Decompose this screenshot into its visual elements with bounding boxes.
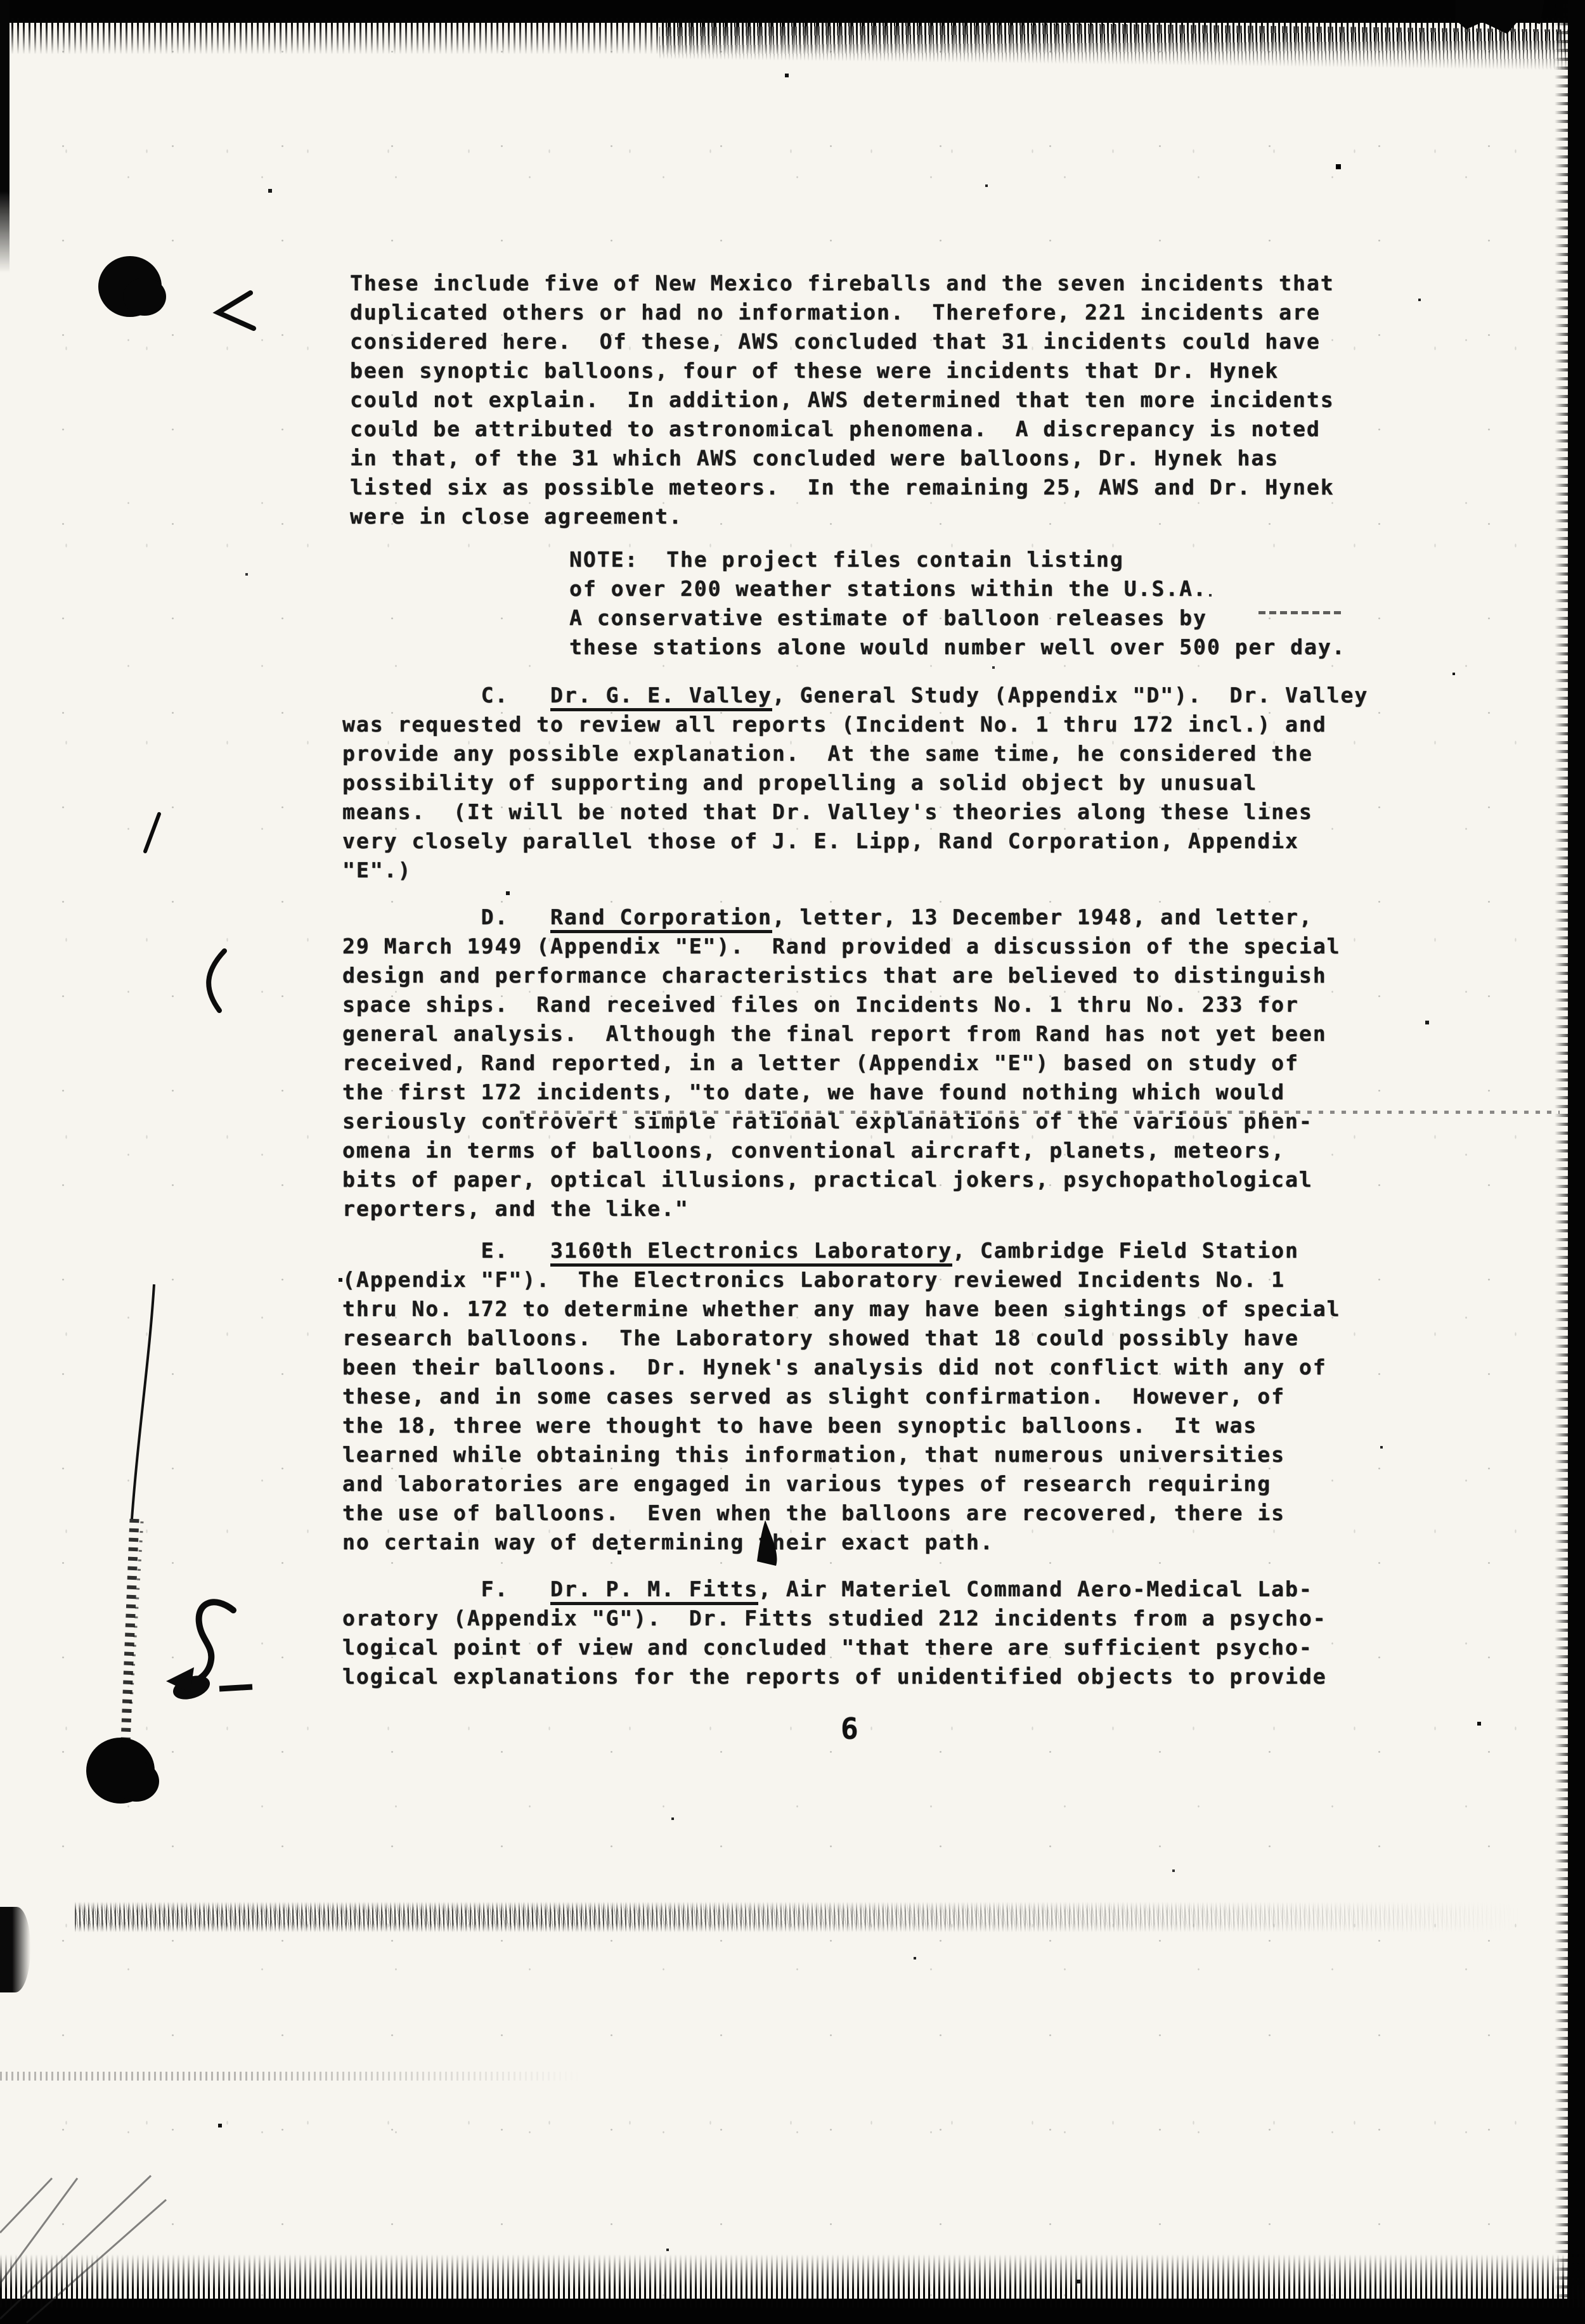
- handwritten-slash-mark: [145, 814, 159, 851]
- section-f-body: oratory (Appendix "G"). Dr. Fitts studie…: [342, 1604, 1327, 1691]
- section-f-heading: Dr. P. M. Fitts: [550, 1577, 758, 1605]
- text-line: possibility of supporting and propelling…: [342, 768, 1368, 797]
- section-c: C. Dr. G. E. Valley, General Study (Appe…: [342, 681, 1368, 885]
- text-line: could not explain. In addition, AWS dete…: [350, 385, 1335, 415]
- text-line: these, and in some cases served as sligh…: [342, 1382, 1340, 1411]
- ink-blob-upper-left-lobe: [123, 278, 166, 316]
- right-edge-ragged-streaks: [1555, 0, 1574, 2324]
- dotted-strike-smudge: [520, 1111, 1560, 1114]
- section-e-heading: 3160th Electronics Laboratory: [550, 1238, 952, 1267]
- section-f: F. Dr. P. M. Fitts, Air Materiel Command…: [342, 1575, 1327, 1691]
- text-line: was requested to review all reports (Inc…: [342, 710, 1368, 739]
- ink-blob-upper-left: [98, 256, 162, 317]
- text-line: were in close agreement.: [350, 502, 1335, 531]
- text-line: been synoptic balloons, four of these we…: [350, 356, 1335, 385]
- text-line: reporters, and the like.": [342, 1194, 1340, 1223]
- ink-blob-lower-left-lobe: [113, 1761, 159, 1802]
- section-c-letter: C.: [342, 683, 550, 707]
- section-e-body: (Appendix "F"). The Electronics Laborato…: [342, 1265, 1340, 1557]
- text-line: considered here. Of these, AWS concluded…: [350, 327, 1335, 356]
- section-c-heading-rest: , General Study (Appendix "D"). Dr. Vall…: [772, 683, 1368, 707]
- section-c-body: was requested to review all reports (Inc…: [342, 710, 1368, 885]
- section-f-letter: F.: [342, 1577, 550, 1601]
- scribble-blob: [170, 1672, 213, 1704]
- bottom-edge-ragged-streaks: [0, 2254, 1585, 2308]
- text-line: A conservative estimate of balloon relea…: [569, 604, 1346, 633]
- text-line: in that, of the 31 which AWS concluded w…: [350, 444, 1335, 473]
- section-c-first-line: C. Dr. G. E. Valley, General Study (Appe…: [342, 681, 1368, 710]
- section-d-first-line: D. Rand Corporation, letter, 13 December…: [342, 903, 1340, 932]
- horizontal-smudge-streak: [75, 1902, 1520, 1932]
- scribble-dash: [219, 1687, 252, 1689]
- text-line: listed six as possible meteors. In the r…: [350, 473, 1335, 502]
- section-e-heading-rest: , Cambridge Field Station: [952, 1238, 1299, 1263]
- handwritten-paren-mark: [209, 951, 224, 1010]
- intro-paragraph: These include five of New Mexico firebal…: [350, 269, 1335, 531]
- text-line: received, Rand reported, in a letter (Ap…: [342, 1049, 1340, 1078]
- text-line: bits of paper, optical illusions, practi…: [342, 1165, 1340, 1194]
- section-e-letter: E.: [342, 1238, 550, 1263]
- left-edge-scan-bar: [0, 0, 10, 273]
- text-line: 29 March 1949 (Appendix "E"). Rand provi…: [342, 932, 1340, 961]
- scribble-arrowhead: [166, 1667, 194, 1693]
- text-line: logical explanations for the reports of …: [342, 1662, 1327, 1691]
- text-line: thru No. 172 to determine whether any ma…: [342, 1294, 1340, 1324]
- dash-smudge: [1258, 611, 1342, 614]
- section-d: D. Rand Corporation, letter, 13 December…: [342, 903, 1340, 1223]
- text-line: the use of balloons. Even when the ballo…: [342, 1499, 1340, 1528]
- text-line: NOTE: The project files contain listing: [569, 545, 1346, 574]
- text-line: general analysis. Although the final rep…: [342, 1019, 1340, 1049]
- text-line: learned while obtaining this information…: [342, 1440, 1340, 1469]
- text-line: design and performance characteristics t…: [342, 961, 1340, 990]
- note-block: NOTE: The project files contain listingo…: [569, 545, 1346, 662]
- section-d-heading: Rand Corporation: [550, 905, 772, 933]
- section-f-first-line: F. Dr. P. M. Fitts, Air Materiel Command…: [342, 1575, 1327, 1604]
- text-line: research balloons. The Laboratory showed…: [342, 1324, 1340, 1353]
- text-line: could be attributed to astronomical phen…: [350, 415, 1335, 444]
- text-line: the first 172 incidents, "to date, we ha…: [342, 1078, 1340, 1107]
- text-line: These include five of New Mexico firebal…: [350, 269, 1335, 298]
- text-line: (Appendix "F"). The Electronics Laborato…: [342, 1265, 1340, 1294]
- text-line: very closely parallel those of J. E. Lip…: [342, 827, 1368, 856]
- text-line: space ships. Rand received files on Inci…: [342, 990, 1340, 1019]
- speckled-streak: [126, 1519, 134, 1742]
- text-line: provide any possible explanation. At the…: [342, 739, 1368, 768]
- section-e: E. 3160th Electronics Laboratory, Cambri…: [342, 1236, 1340, 1557]
- text-line: omena in terms of balloons, conventional…: [342, 1136, 1340, 1165]
- text-line: duplicated others or had no information.…: [350, 298, 1335, 327]
- page-number: 6: [841, 1712, 858, 1746]
- left-edge-blotch: [0, 1907, 30, 1992]
- section-d-body: 29 March 1949 (Appendix "E"). Rand provi…: [342, 932, 1340, 1223]
- faint-smudge-streak: [0, 2072, 583, 2081]
- speckled-streak-thin: [131, 1521, 142, 1712]
- section-f-heading-rest: , Air Materiel Command Aero-Medical Lab-: [758, 1577, 1313, 1601]
- section-c-heading: Dr. G. E. Valley: [550, 683, 772, 711]
- text-line: oratory (Appendix "G"). Dr. Fitts studie…: [342, 1604, 1327, 1633]
- text-line: the 18, three were thought to have been …: [342, 1411, 1340, 1440]
- handwritten-pen-line: [132, 1284, 154, 1519]
- text-line: no certain way of determining their exac…: [342, 1528, 1340, 1557]
- text-line: and laboratories are engaged in various …: [342, 1469, 1340, 1499]
- ink-blob-lower-left: [86, 1738, 155, 1804]
- handwritten-check-mark: [218, 293, 254, 328]
- text-line: these stations alone would number well o…: [569, 633, 1346, 662]
- text-line: logical point of view and concluded "tha…: [342, 1633, 1327, 1662]
- text-line: of over 200 weather stations within the …: [569, 574, 1346, 604]
- scanned-document-page: These include five of New Mexico firebal…: [0, 0, 1585, 2324]
- section-e-first-line: E. 3160th Electronics Laboratory, Cambri…: [342, 1236, 1340, 1265]
- text-line: means. (It will be noted that Dr. Valley…: [342, 797, 1368, 827]
- text-line: been their balloons. Dr. Hynek's analysi…: [342, 1353, 1340, 1382]
- text-line: "E".): [342, 856, 1368, 885]
- section-d-heading-rest: , letter, 13 December 1948, and letter,: [772, 905, 1313, 929]
- handwritten-scribble: [190, 1602, 233, 1684]
- section-d-letter: D.: [342, 905, 550, 929]
